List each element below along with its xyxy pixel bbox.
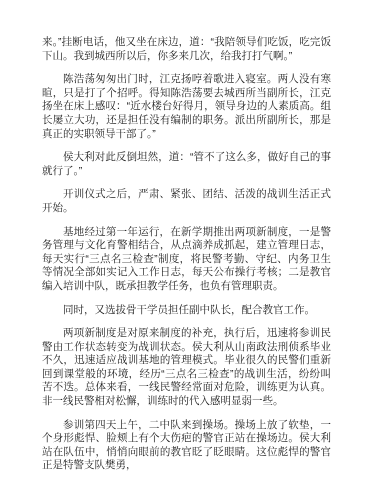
page-text-block: 来。”挂断电话，他又坐在床边，道：“我陪领导们吃饭，吃完饭下山。我到城西所以后，… bbox=[42, 36, 331, 473]
paragraph: 两项新制度是对原来制度的补充，执行后，迅速将参训民警由工作状态转变为战训状态。侯… bbox=[42, 327, 331, 409]
paragraph: 参训第四天上午，二中队来到操场。操场上放了软垫，一个身形彪悍、脸颊上有个大伤疤的… bbox=[42, 419, 331, 473]
paragraph: 开训仪式之后，严肃、紧张、团结、活泼的战训生活正式开始。 bbox=[42, 188, 331, 215]
ebook-reader-page: 来。”挂断电话，他又坐在床边，道：“我陪领导们吃饭，吃完饭下山。我到城西所以后，… bbox=[0, 0, 370, 480]
paragraph: 基地经过第一年运行，在新学期推出两项新制度，一是警务管理与文化育警相结合，从点滴… bbox=[42, 226, 331, 294]
paragraph: 同时，又选拔骨干学员担任副中队长，配合教官工作。 bbox=[42, 304, 331, 318]
paragraph: 陈浩荡匆匆出门时，江克扬哼着歌进入寝室。两人没有寒暄，只是打了个招呼。得知陈浩荡… bbox=[42, 73, 331, 141]
paragraph: 侯大利对此反倒坦然，道：“管不了这么多，做好自己的事就行了。” bbox=[42, 151, 331, 178]
paragraph: 来。”挂断电话，他又坐在床边，道：“我陪领导们吃饭，吃完饭下山。我到城西所以后，… bbox=[42, 36, 331, 63]
